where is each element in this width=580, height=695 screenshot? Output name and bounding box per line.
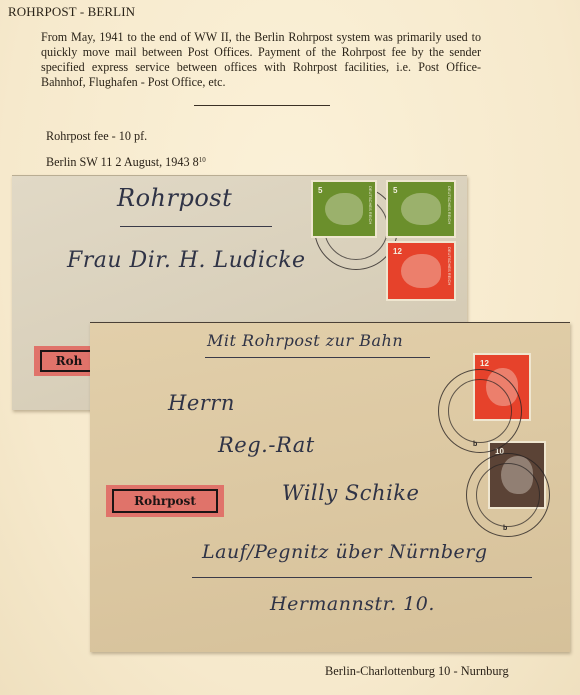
- stamp-5pf-green: 5 DEUTSCHES REICH: [386, 180, 456, 238]
- date-text: Berlin SW 11 2 August, 1943 8: [46, 155, 199, 169]
- recipient-name: Willy Schike: [282, 481, 419, 505]
- rohrpost-label-2: Rohrpost: [106, 485, 224, 517]
- fee-note: Rohrpost fee - 10 pf.: [46, 129, 147, 144]
- envelope-2-heading: Mit Rohrpost zur Bahn: [207, 331, 403, 350]
- recipient-city: Lauf/Pegnitz über Nürnberg: [202, 541, 488, 563]
- address-underline: [192, 577, 532, 578]
- envelope-1-heading: Rohrpost: [117, 184, 232, 212]
- label-text: Rohrpost: [112, 489, 218, 513]
- recipient-street: Hermannstr. 10.: [270, 593, 435, 615]
- envelope-1-recipient: Frau Dir. H. Ludicke: [67, 248, 306, 273]
- postmark-charlottenburg: b: [466, 453, 550, 537]
- stamp-5pf-green: 5 DEUTSCHES REICH: [311, 180, 377, 238]
- portrait-icon: [325, 193, 362, 225]
- postmark-charlottenburg: b: [438, 369, 522, 453]
- cover-2-caption: Berlin-Charlottenburg 10 - Nurnburg: [325, 664, 509, 679]
- portrait-icon: [401, 254, 441, 288]
- date-time-sup: 10: [199, 156, 206, 164]
- intro-paragraph: From May, 1941 to the end of WW II, the …: [41, 30, 481, 90]
- cover-1-date: Berlin SW 11 2 August, 1943 810: [46, 155, 206, 170]
- heading-underline: [205, 357, 430, 358]
- page-title: ROHRPOST - BERLIN: [8, 4, 135, 20]
- salutation: Herrn: [168, 391, 235, 415]
- envelope-2: Mit Rohrpost zur Bahn Herrn Reg.-Rat Wil…: [90, 322, 570, 652]
- heading-underline: [120, 226, 272, 227]
- portrait-icon: [401, 193, 441, 225]
- recipient-title: Reg.-Rat: [218, 433, 315, 457]
- stamp-12pf-red: 12 DEUTSCHES REICH: [386, 241, 456, 301]
- divider: [194, 105, 330, 106]
